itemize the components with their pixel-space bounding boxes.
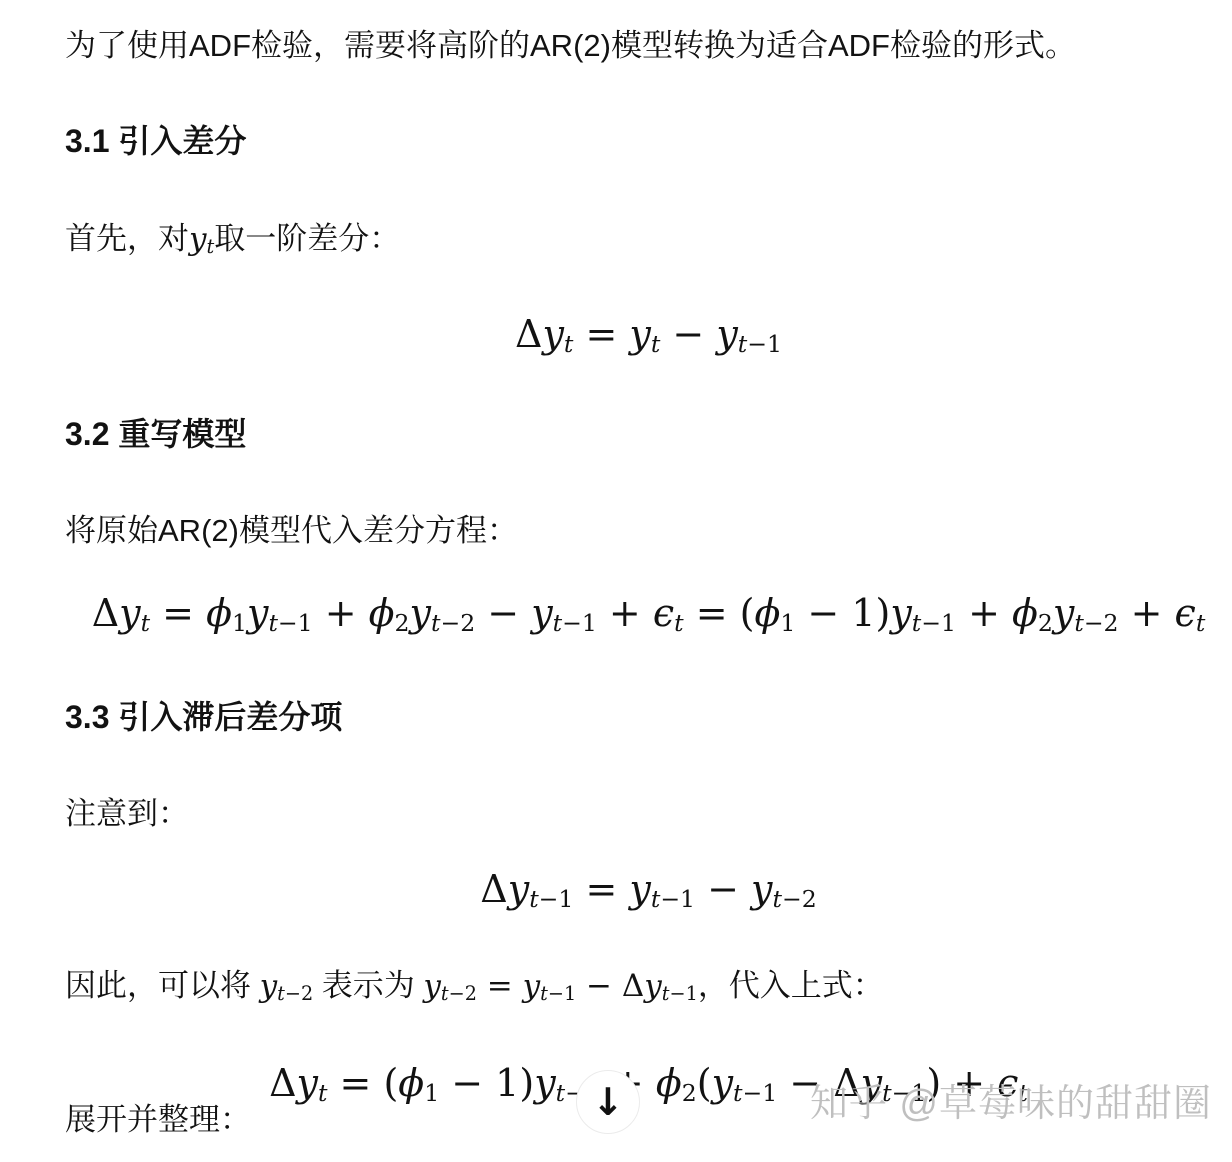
section-heading-3-2: 3.2 重写模型 (65, 413, 1232, 456)
section-heading-3-3: 3.3 引入滞后差分项 (65, 696, 1232, 739)
paragraph-note-intro: 注意到： (65, 792, 1232, 835)
intro-paragraph: 为了使用ADF检验，需要将高阶的AR(2)模型转换为适合ADF检验的形式。 (65, 24, 1232, 67)
watermark: 知乎 @草莓味的甜甜圈 (810, 1082, 1212, 1128)
down-arrow-icon: ↓ (592, 1083, 624, 1121)
paragraph-substitution: 因此，可以将 yt−2 表示为 yt−2 = yt−1 − Δyt−1，代入上式… (65, 964, 1232, 1015)
formula-first-difference: Δyt = yt − yt−1 (65, 304, 1232, 375)
formula-rewritten-model: Δyt = ϕ1yt−1 + ϕ2yt−2 − yt−1 + ϵt = (ϕ1 … (65, 583, 1232, 654)
paragraph-rewrite-intro: 将原始AR(2)模型代入差分方程： (65, 509, 1232, 552)
expand-label: 展开并整理： (65, 1098, 251, 1141)
section-heading-3-1: 3.1 引入差分 (65, 120, 1232, 163)
scroll-down-button[interactable]: ↓ (576, 1070, 640, 1134)
bottom-row: 展开并整理： ↓ 知乎 @草莓味的甜甜圈 (65, 1068, 1232, 1162)
article-content: 为了使用ADF检验，需要将高阶的AR(2)模型转换为适合ADF检验的形式。 3.… (0, 0, 1232, 1124)
paragraph-first-difference-intro: 首先，对yt取一阶差分： (65, 217, 1232, 268)
formula-lagged-difference: Δyt−1 = yt−1 − yt−2 (65, 859, 1232, 930)
